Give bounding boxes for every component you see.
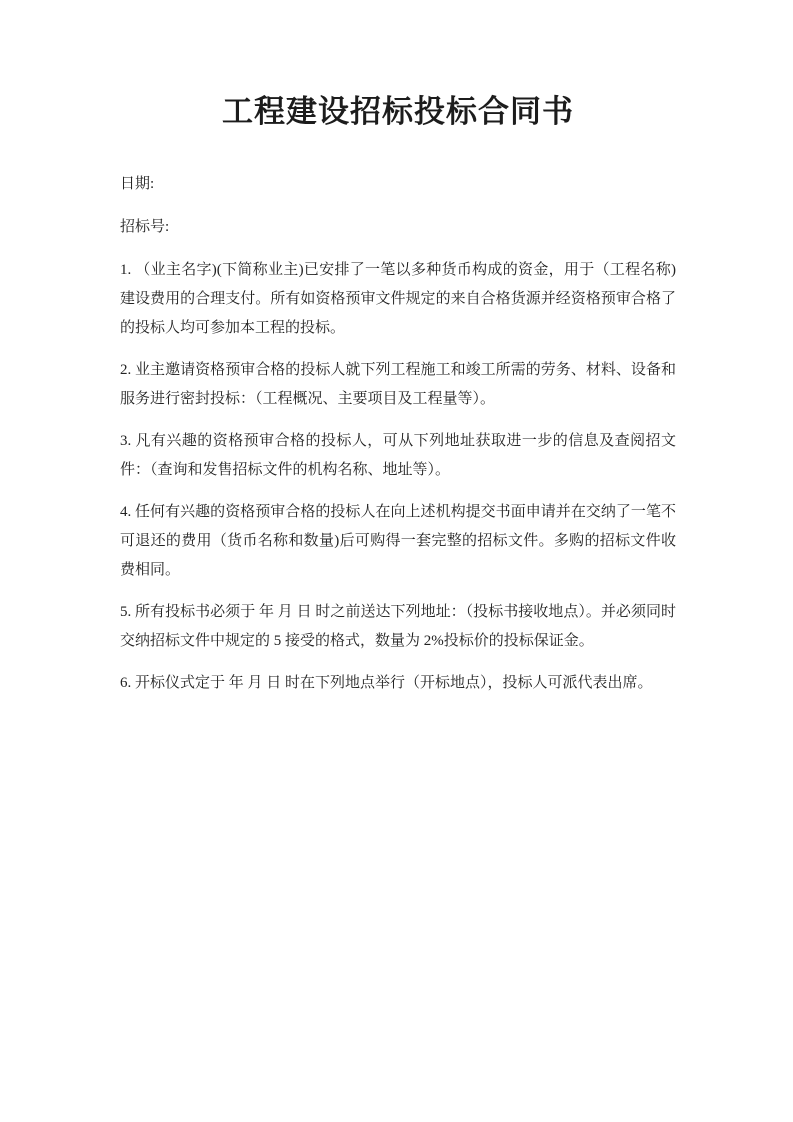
date-field-label: 日期: [120,170,676,199]
paragraph-5: 5. 所有投标书必须于 年 月 日 时之前送达下列地址：（投标书接收地点）。并必… [120,598,676,656]
paragraph-6: 6. 开标仪式定于 年 月 日 时在下列地点举行（开标地点），投标人可派代表出席… [120,669,676,698]
paragraph-3: 3. 凡有兴趣的资格预审合格的投标人，可从下列地址获取进一步的信息及查阅招文件：… [120,427,676,485]
paragraph-4: 4. 任何有兴趣的资格预审合格的投标人在向上述机构提交书面申请并在交纳了一笔不可… [120,498,676,585]
document-title: 工程建设招标投标合同书 [120,90,676,134]
bid-number-field-label: 招标号: [120,213,676,242]
document-page: 工程建设招标投标合同书 日期: 招标号: 1. （业主名字)(下简称业主)已安排… [0,0,793,1122]
paragraph-2: 2. 业主邀请资格预审合格的投标人就下列工程施工和竣工所需的劳务、材料、设备和服… [120,356,676,414]
paragraph-1: 1. （业主名字)(下简称业主)已安排了一笔以多种货币构成的资金，用于（工程名称… [120,256,676,343]
